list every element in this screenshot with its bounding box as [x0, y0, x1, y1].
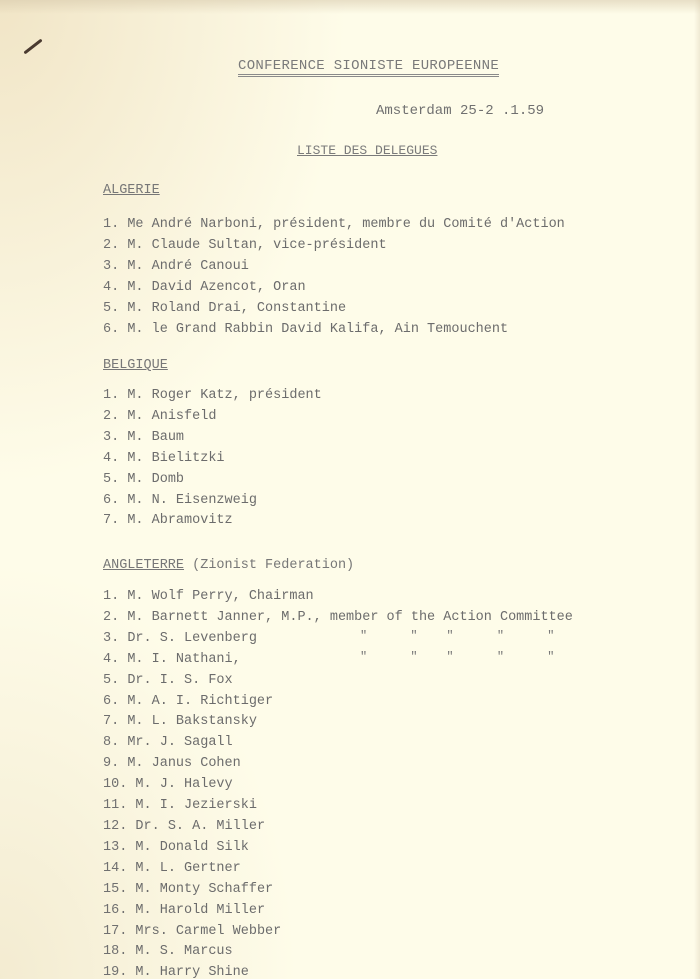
entry-text: M. N. Eisenzweig	[127, 493, 257, 508]
entry-text: M. I. Nathani,	[127, 652, 240, 667]
entry-text: M. I. Jezierski	[135, 798, 257, 813]
list-item: 18. M. S. Marcus	[103, 942, 573, 963]
entry-text: M. Harry Shine	[135, 965, 248, 979]
entry-text: M. Claude Sultan, vice-président	[127, 238, 386, 253]
entry-number: 3.	[103, 631, 119, 646]
entry-number: 13.	[103, 840, 127, 855]
entry-number: 18.	[103, 944, 127, 959]
document-date: Amsterdam 25-2 .1.59	[376, 103, 544, 119]
list-item: 14. M. L. Gertner	[103, 859, 573, 880]
ditto-marks: " " " " "	[360, 650, 554, 664]
entry-text: M. Roland Drai, Constantine	[127, 301, 346, 316]
entry-text: M. Barnett Janner, M.P., member of the A…	[127, 610, 573, 625]
entry-number: 10.	[103, 777, 127, 792]
list-item: 9. M. Janus Cohen	[103, 754, 573, 775]
list-item: 17. Mrs. Carmel Webber	[103, 922, 573, 943]
entry-text: M. Domb	[127, 472, 184, 487]
entry-number: 4.	[103, 652, 119, 667]
entry-number: 6.	[103, 493, 119, 508]
entry-text: M. Janus Cohen	[127, 756, 240, 771]
entry-number: 8.	[103, 735, 119, 750]
entry-text: M. Roger Katz, président	[127, 388, 321, 403]
entry-number: 5.	[103, 673, 119, 688]
entry-number: 5.	[103, 472, 119, 487]
list-item: 6. M. A. I. Richtiger	[103, 692, 573, 713]
entry-text: M. Donald Silk	[135, 840, 248, 855]
list-item: 10. M. J. Halevy	[103, 775, 573, 796]
section-belgique: BELGIQUE 1. M. Roger Katz, président 2. …	[103, 356, 322, 532]
entry-number: 12.	[103, 819, 127, 834]
entry-number: 5.	[103, 301, 119, 316]
ditto-marks: " " " " "	[360, 629, 554, 643]
list-item: 15. M. Monty Schaffer	[103, 880, 573, 901]
entry-text: Me André Narboni, président, membre du C…	[127, 217, 564, 232]
entry-number: 6.	[103, 694, 119, 709]
section-angleterre: ANGLETERRE (Zionist Federation) 1. M. Wo…	[103, 556, 573, 979]
list-item: 6. M. le Grand Rabbin David Kalifa, Ain …	[103, 320, 565, 341]
entry-number: 11.	[103, 798, 127, 813]
section-note: (Zionist Federation)	[192, 558, 354, 573]
list-item: 1. M. Roger Katz, président	[103, 386, 322, 407]
entry-text: M. Wolf Perry, Chairman	[127, 589, 313, 604]
entry-number: 1.	[103, 388, 119, 403]
pen-mark	[23, 39, 42, 55]
entry-number: 4.	[103, 451, 119, 466]
country-name: ANGLETERRE	[103, 558, 184, 573]
entry-number: 2.	[103, 409, 119, 424]
document-subtitle: LISTE DES DELEGUES	[297, 143, 437, 158]
entry-number: 9.	[103, 756, 119, 771]
entry-text: M. Monty Schaffer	[135, 882, 273, 897]
list-item: 5. M. Domb	[103, 470, 322, 491]
entry-text: M. Anisfeld	[127, 409, 216, 424]
section-heading: ALGERIE	[103, 181, 565, 201]
entry-text: M. Abramovitz	[127, 513, 232, 528]
list-item: 4. M. Bielitzki	[103, 449, 322, 470]
list-item: 2. M. Barnett Janner, M.P., member of th…	[103, 608, 573, 629]
entry-text: M. A. I. Richtiger	[127, 694, 273, 709]
list-item: 2. M. Anisfeld	[103, 407, 322, 428]
entry-number: 17.	[103, 924, 127, 939]
section-algerie: ALGERIE 1. Me André Narboni, président, …	[103, 181, 565, 340]
entry-number: 1.	[103, 217, 119, 232]
delegate-list: 1. M. Wolf Perry, Chairman 2. M. Barnett…	[103, 587, 573, 979]
entry-number: 7.	[103, 714, 119, 729]
entry-number: 19.	[103, 965, 127, 979]
entry-text: Dr. S. Levenberg	[127, 631, 257, 646]
entry-text: Mr. J. Sagall	[127, 735, 232, 750]
entry-text: M. S. Marcus	[135, 944, 232, 959]
entry-text: M. le Grand Rabbin David Kalifa, Ain Tem…	[127, 322, 508, 337]
entry-text: M. Harold Miller	[135, 903, 265, 918]
section-heading: ANGLETERRE (Zionist Federation)	[103, 556, 573, 576]
list-item: 19. M. Harry Shine	[103, 963, 573, 979]
entry-text: M. J. Halevy	[135, 777, 232, 792]
section-heading: BELGIQUE	[103, 356, 322, 376]
entry-text: Dr. I. S. Fox	[127, 673, 232, 688]
list-item: 6. M. N. Eisenzweig	[103, 491, 322, 512]
list-item: 3. M. André Canoui	[103, 257, 565, 278]
list-item: 5. Dr. I. S. Fox	[103, 671, 573, 692]
entry-number: 1.	[103, 589, 119, 604]
list-item: 4. M. David Azencot, Oran	[103, 278, 565, 299]
entry-text: Dr. S. A. Miller	[135, 819, 265, 834]
delegate-list: 1. M. Roger Katz, président 2. M. Anisfe…	[103, 386, 322, 532]
entry-number: 3.	[103, 430, 119, 445]
list-item: 16. M. Harold Miller	[103, 901, 573, 922]
entry-number: 2.	[103, 238, 119, 253]
entry-number: 15.	[103, 882, 127, 897]
list-item: 13. M. Donald Silk	[103, 838, 573, 859]
list-item: 5. M. Roland Drai, Constantine	[103, 299, 565, 320]
entry-text: M. Baum	[127, 430, 184, 445]
list-item: 2. M. Claude Sultan, vice-président	[103, 236, 565, 257]
entry-text: M. L. Bakstansky	[127, 714, 257, 729]
entry-number: 16.	[103, 903, 127, 918]
list-item: 12. Dr. S. A. Miller	[103, 817, 573, 838]
list-item: 11. M. I. Jezierski	[103, 796, 573, 817]
entry-number: 4.	[103, 280, 119, 295]
list-item: 3. M. Baum	[103, 428, 322, 449]
entry-number: 7.	[103, 513, 119, 528]
document-title: CONFERENCE SIONISTE EUROPEENNE	[238, 58, 499, 77]
entry-number: 6.	[103, 322, 119, 337]
list-item: 7. M. Abramovitz	[103, 511, 322, 532]
country-name: BELGIQUE	[103, 358, 168, 373]
list-item: 1. M. Wolf Perry, Chairman	[103, 587, 573, 608]
entry-text: M. David Azencot, Oran	[127, 280, 305, 295]
entry-text: M. André Canoui	[127, 259, 249, 274]
entry-number: 14.	[103, 861, 127, 876]
delegate-list: 1. Me André Narboni, président, membre d…	[103, 215, 565, 340]
entry-text: M. L. Gertner	[135, 861, 240, 876]
list-item: 1. Me André Narboni, président, membre d…	[103, 215, 565, 236]
entry-number: 2.	[103, 610, 119, 625]
entry-text: Mrs. Carmel Webber	[135, 924, 281, 939]
entry-text: M. Bielitzki	[127, 451, 224, 466]
document-page: CONFERENCE SIONISTE EUROPEENNE Amsterdam…	[0, 0, 700, 979]
list-item: 8. Mr. J. Sagall	[103, 733, 573, 754]
country-name: ALGERIE	[103, 183, 160, 198]
entry-number: 3.	[103, 259, 119, 274]
list-item: 7. M. L. Bakstansky	[103, 712, 573, 733]
